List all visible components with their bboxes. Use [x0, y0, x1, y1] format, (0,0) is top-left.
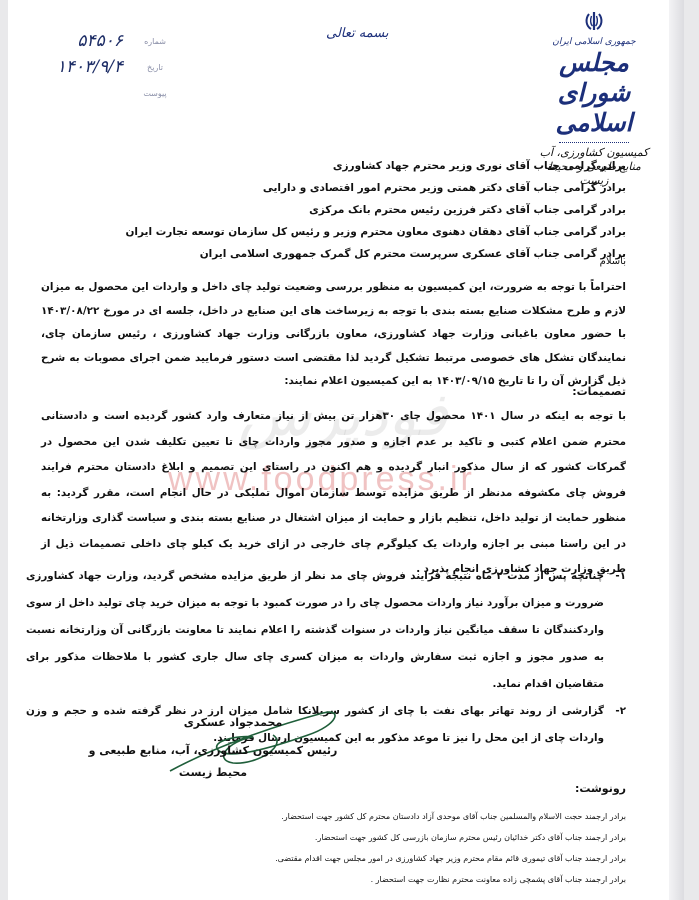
- signatory-title: رئیس کمیسیون کشاورزی، آب، منابع طبیعی و …: [88, 740, 338, 784]
- cc-list: برادر ارجمند حجت الاسلام والمسلمین جناب …: [206, 806, 626, 890]
- iran-emblem-icon: [534, 10, 654, 36]
- decision-item: ۱- چنانچه پس از مدت ۲ ماه نتیجه فرایند ف…: [26, 563, 626, 698]
- addressee-list: برادر گرامی جناب آقای نوری وزیر محترم جه…: [106, 155, 626, 265]
- decisions-title: تصمیمات:: [572, 385, 626, 398]
- addressee: برادر گرامی جناب آقای دکتر همتی وزیر محت…: [106, 177, 626, 199]
- letter-number-label: شماره: [135, 37, 175, 46]
- cc-item: برادر ارجمند جناب آقای تیموری قائم مقام …: [206, 848, 626, 869]
- meta-date-row: ۱۴۰۳/۹/۴ تاریخ: [28, 54, 178, 80]
- cc-title: رونوشت:: [575, 782, 626, 795]
- letter-attachment-label: پیوست: [135, 89, 175, 98]
- letter-meta: ۵۴۵۰۶ شماره ۱۴۰۳/۹/۴ تاریخ پیوست: [28, 28, 178, 106]
- letter-date: ۱۴۰۳/۹/۴: [28, 57, 123, 77]
- signature-block: محمدجواد عسکری رئیس کمیسیون کشاورزی، آب،…: [88, 712, 338, 784]
- republic-text: جمهوری اسلامی ایران: [534, 36, 654, 48]
- item-number: ۲-: [604, 698, 626, 752]
- signatory-name: محمدجواد عسکری: [88, 712, 338, 734]
- letter-date-label: تاریخ: [135, 63, 175, 72]
- item-number: ۱-: [604, 563, 626, 698]
- meta-attachment-row: پیوست: [28, 80, 178, 106]
- addressee: برادر گرامی جناب آقای دکتر فرزین رئیس مح…: [106, 199, 626, 221]
- item-text: چنانچه پس از مدت ۲ ماه نتیجه فرایند فروش…: [26, 563, 604, 698]
- meta-number-row: ۵۴۵۰۶ شماره: [28, 28, 178, 54]
- cc-item: برادر ارجمند جناب آقای پشمچی زاده معاونت…: [206, 869, 626, 890]
- page-edge-shadow: [669, 0, 684, 900]
- letter-page: جمهوری اسلامی ایران مجلس شورای اسلامی کم…: [8, 0, 684, 900]
- cc-item: برادر ارجمند جناب آقای دکتر خدائیان رئیس…: [206, 827, 626, 848]
- logo-divider: [559, 142, 629, 143]
- letter-body: احتراماً با توجه به ضرورت، این کمیسیون ب…: [41, 276, 626, 394]
- parliament-name: مجلس شورای اسلامی: [534, 48, 654, 138]
- addressee: برادر گرامی جناب آقای عسکری سرپرست محترم…: [106, 243, 626, 265]
- bismillah-heading: بسمه تعالی: [326, 26, 388, 41]
- letter-number: ۵۴۵۰۶: [28, 31, 123, 51]
- greeting: باسلام: [600, 256, 626, 267]
- cc-item: برادر ارجمند حجت الاسلام والمسلمین جناب …: [206, 806, 626, 827]
- addressee: برادر گرامی جناب آقای نوری وزیر محترم جه…: [106, 155, 626, 177]
- decisions-intro: با توجه به اینکه در سال ۱۴۰۱ محصول چای ۳…: [41, 404, 626, 583]
- addressee: برادر گرامی جناب آقای دهقان دهنوی معاون …: [106, 221, 626, 243]
